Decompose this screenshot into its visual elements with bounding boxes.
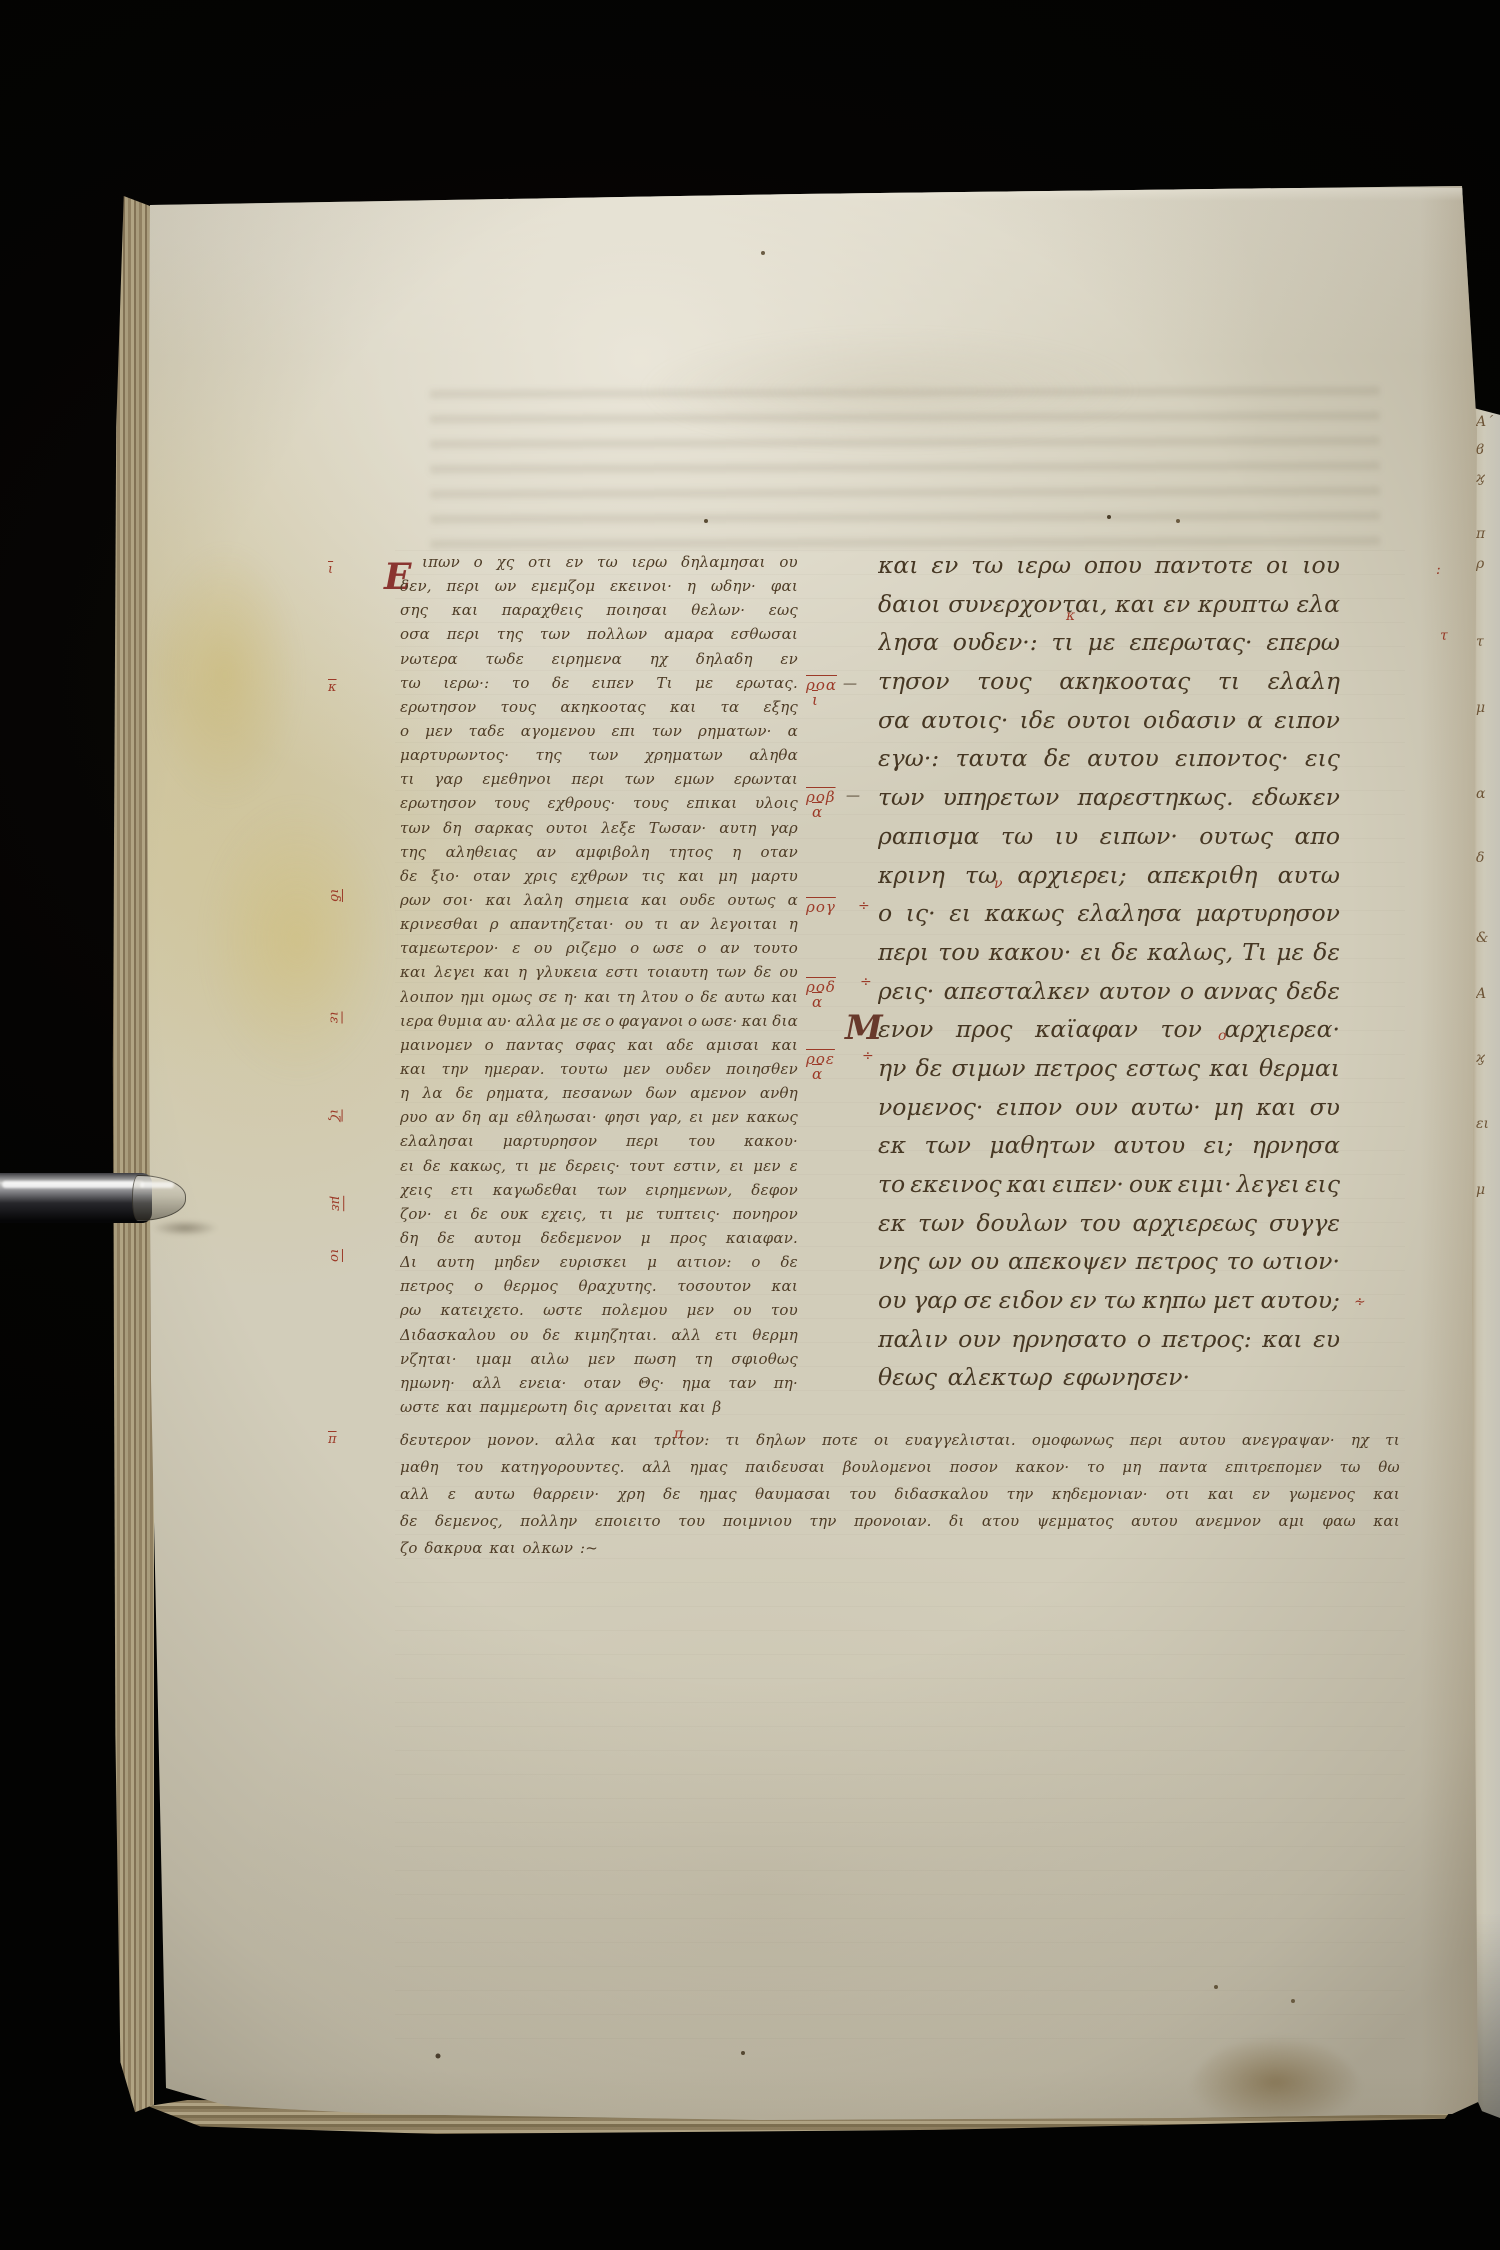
edge-glyph: Α [1476, 986, 1500, 1002]
rod-specular-highlight [2, 1181, 144, 1188]
edge-glyph: & [1476, 930, 1500, 946]
edge-glyph: ρ [1476, 556, 1500, 572]
edge-glyph: ει [1476, 1116, 1500, 1132]
manuscript-page: Ε ιπωνοχςοτιεντωιερωδηλαμησαιουδεν,περιω… [0, 0, 1500, 2250]
edge-glyph: π [1476, 526, 1500, 542]
edge-glyph: α [1476, 786, 1500, 802]
edge-glyph: ϗ [1476, 470, 1500, 486]
manuscript-photograph: Ε ιπωνοχςοτιεντωιερωδηλαμησαιουδεν,περιω… [0, 0, 1500, 2250]
dust-specks [0, 0, 2, 2]
page-stack-left-edge [112, 196, 154, 2120]
edge-glyph: ϐ [1476, 442, 1500, 458]
edge-glyph: μ [1476, 700, 1500, 716]
glass-page-weight-rod [0, 1166, 196, 1232]
edge-glyph: δ [1476, 850, 1500, 866]
rod-tip-highlight [140, 1182, 174, 1188]
lighting-vignette [118, 180, 1500, 2140]
edge-glyph: τ [1476, 634, 1500, 650]
edge-glyph: Α΄ [1476, 414, 1500, 430]
edge-glyph: ϗ [1476, 1050, 1500, 1066]
edge-glyph: μ [1476, 1182, 1500, 1198]
